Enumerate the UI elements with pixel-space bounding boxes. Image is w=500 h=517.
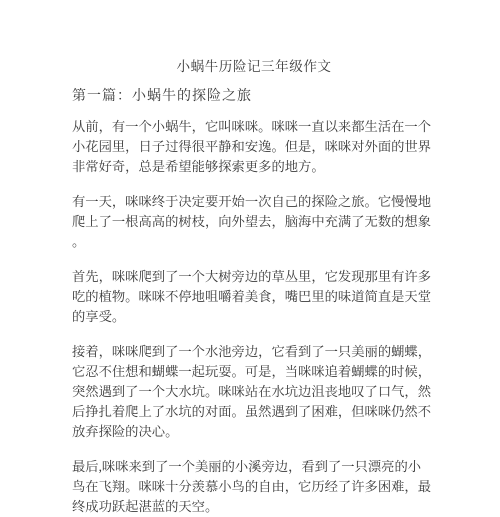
paragraph: 从前，有一个小蜗牛，它叫咪咪。咪咪一直以来都生活在一个小花园里，日子过得很平静和… — [72, 117, 436, 177]
text-line: 非常好奇，总是希望能够探索更多的地方。 — [72, 157, 436, 177]
text-line: 有一天，咪咪终于决定要开始一次自己的探险之旅。它慢慢地 — [72, 192, 436, 212]
text-line: 爬上了一根高高的树枝，向外望去，脑海中充满了无数的想象 — [72, 212, 436, 232]
text-line: 吃的植物。咪咪不停地咀嚼着美食，嘴巴里的味道简直是天堂 — [72, 287, 436, 307]
paragraph: 接着，咪咪爬到了一个水池旁边，它看到了一只美丽的蝴蝶，它忍不住想和蝴蝶一起玩耍。… — [72, 342, 436, 442]
paragraph: 首先，咪咪爬到了一个大树旁边的草丛里，它发现那里有许多吃的植物。咪咪不停地咀嚼着… — [72, 267, 436, 327]
paragraph: 有一天，咪咪终于决定要开始一次自己的探险之旅。它慢慢地爬上了一根高高的树枝，向外… — [72, 192, 436, 252]
paragraph: 最后,咪咪来到了一个美丽的小溪旁边，看到了一只漂亮的小鸟在飞翔。咪咪十分羡慕小鸟… — [72, 457, 436, 517]
section-heading: 第一篇：小蜗牛的探险之旅 — [72, 87, 436, 107]
document-content: 小蜗牛历险记三年级作文 第一篇：小蜗牛的探险之旅 从前，有一个小蜗牛，它叫咪咪。… — [0, 0, 500, 517]
text-line: 放弃探险的决心。 — [72, 422, 436, 442]
paragraphs: 从前，有一个小蜗牛，它叫咪咪。咪咪一直以来都生活在一个小花园里，日子过得很平静和… — [72, 117, 436, 517]
text-line: 它忍不住想和蝴蝶一起玩耍。可是，当咪咪追着蝴蝶的时候， — [72, 362, 436, 382]
document-title: 小蜗牛历险记三年级作文 — [72, 57, 436, 77]
text-line: 突然遇到了一个大水坑。咪咪站在水坑边沮丧地叹了口气，然 — [72, 382, 436, 402]
text-line: 小花园里，日子过得很平静和安逸。但是，咪咪对外面的世界 — [72, 137, 436, 157]
text-line: 接着，咪咪爬到了一个水池旁边，它看到了一只美丽的蝴蝶， — [72, 342, 436, 362]
text-line: 首先，咪咪爬到了一个大树旁边的草丛里，它发现那里有许多 — [72, 267, 436, 287]
text-line: 的享受。 — [72, 307, 436, 327]
text-line: 最后,咪咪来到了一个美丽的小溪旁边，看到了一只漂亮的小 — [72, 457, 436, 477]
text-line: 。 — [72, 232, 436, 252]
document-page: 小蜗牛历险记三年级作文 第一篇：小蜗牛的探险之旅 从前，有一个小蜗牛，它叫咪咪。… — [0, 0, 500, 517]
text-line: 后挣扎着爬上了水坑的对面。虽然遇到了困难，但咪咪仍然不 — [72, 402, 436, 422]
text-line: 鸟在飞翔。咪咪十分羡慕小鸟的自由，它历经了许多困难，最 — [72, 477, 436, 497]
text-line: 从前，有一个小蜗牛，它叫咪咪。咪咪一直以来都生活在一个 — [72, 117, 436, 137]
text-line: 终成功跃起湛蓝的天空。 — [72, 497, 436, 517]
